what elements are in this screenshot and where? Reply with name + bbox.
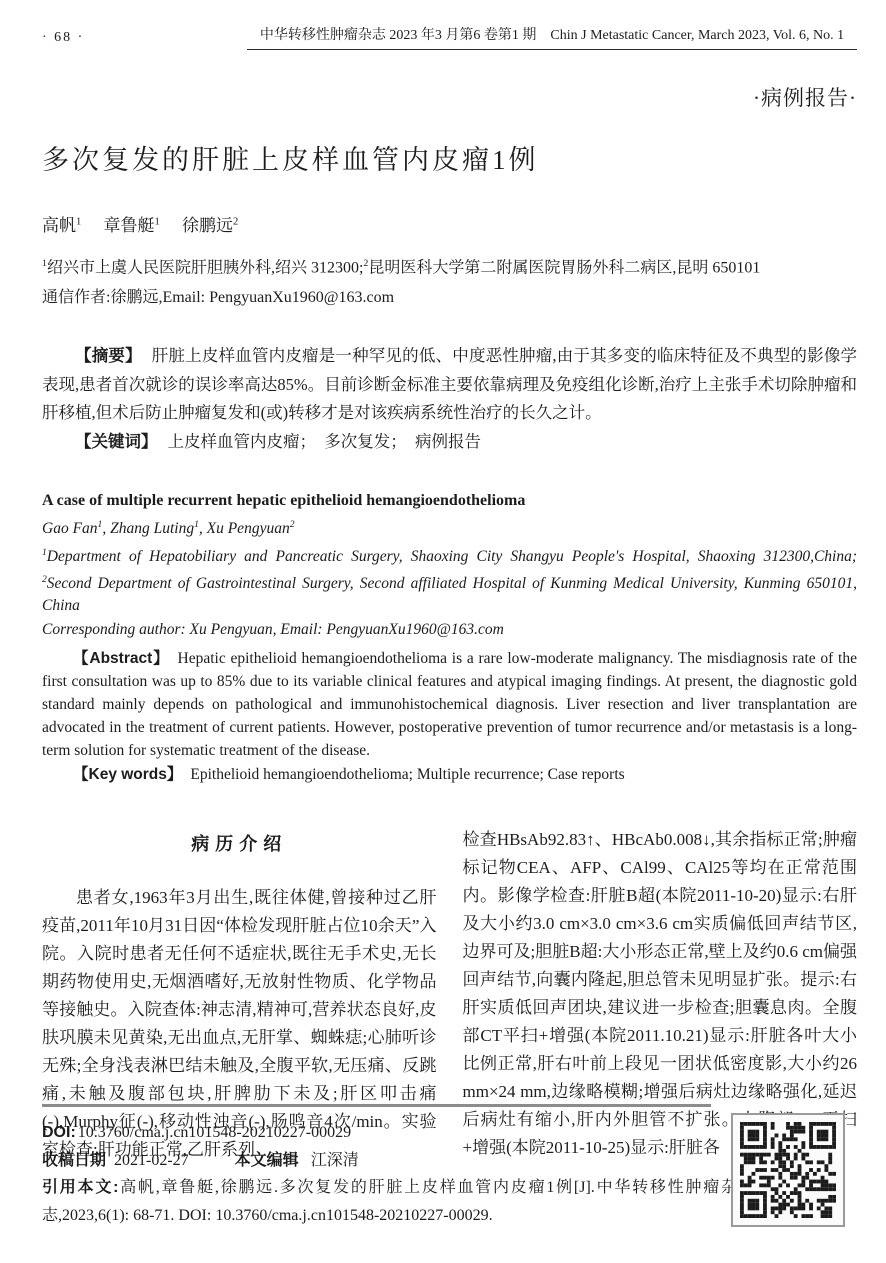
qr-code-image (740, 1122, 836, 1218)
article-title-cn: 多次复发的肝脏上皮样血管内皮瘤1例 (42, 138, 857, 177)
abstract-cn: 【摘要】肝脏上皮样血管内皮瘤是一种罕见的低、中度恶性肿瘤,由于其多变的临床特征及… (42, 342, 857, 428)
abstract-label-cn: 【摘要】 (75, 347, 142, 365)
author-affiliation-marker: 1 (76, 216, 81, 227)
journal-page: · 68 · 中华转移性肿瘤杂志 2023 年3 月第6 卷第1 期 Chin … (0, 0, 886, 1263)
keywords-en: 【Key words】Epithelioid hemangioendotheli… (42, 764, 857, 786)
footer-text: DOI:10.3760/cma.j.cn101548-20210227-0002… (42, 1119, 737, 1229)
abstract-en: 【Abstract】Hepatic epithelioid hemangioen… (42, 647, 857, 762)
author-name-text: 章鲁艇 (104, 216, 155, 235)
affiliation-text: Second Department of Gastrointestinal Su… (42, 575, 857, 614)
author-name-text: , Zhang Luting (102, 520, 194, 537)
keywords-label-en: 【Key words】 (73, 766, 182, 783)
author-name: 高帆1 (42, 216, 81, 235)
affiliation-text: 绍兴市上虞人民医院肝胆胰外科,绍兴 312300; (47, 259, 363, 276)
page-header: · 68 · 中华转移性肿瘤杂志 2023 年3 月第6 卷第1 期 Chin … (42, 24, 857, 50)
author-list-en: Gao Fan1, Zhang Luting1, Xu Pengyuan2 (42, 514, 857, 540)
citation-line: 引用本文:高帆,章鲁艇,徐鹏远.多次复发的肝脏上皮样血管内皮瘤1例[J].中华转… (42, 1174, 737, 1229)
keywords-text-en: Epithelioid hemangioendothelioma; Multip… (190, 766, 624, 783)
affiliation-en: 1Department of Hepatobiliary and Pancrea… (42, 542, 857, 616)
editor-label: 本文编辑 (235, 1152, 299, 1169)
article-category-tag: ·病例报告· (42, 82, 857, 112)
qr-code (731, 1113, 845, 1227)
corresponding-author-cn: 通信作者:徐鹏远,Email: PengyuanXu1960@163.com (42, 284, 857, 312)
page-number: · 68 · (42, 30, 247, 50)
doi-line: DOI:10.3760/cma.j.cn101548-20210227-0002… (42, 1119, 737, 1147)
abstract-text-cn: 肝脏上皮样血管内皮瘤是一种罕见的低、中度恶性肿瘤,由于其多变的临床特征及不典型的… (42, 346, 857, 422)
received-date: 2021-02-27 (114, 1152, 189, 1169)
affiliation-text: Department of Hepatobiliary and Pancreat… (47, 549, 857, 566)
corresponding-author-en: Corresponding author: Xu Pengyuan, Email… (42, 619, 857, 641)
author-name-text: , Xu Pengyuan (199, 520, 290, 537)
footer: DOI:10.3760/cma.j.cn101548-20210227-0002… (42, 1104, 857, 1229)
author-name-text: Gao Fan (42, 520, 98, 537)
received-label: 收稿日期 (42, 1152, 106, 1169)
footnote-divider (42, 1104, 711, 1107)
received-date-line: 收稿日期 2021-02-27本文编辑江深清 (42, 1147, 737, 1175)
editor-name: 江深清 (311, 1152, 359, 1169)
citation-label: 引用本文: (42, 1179, 118, 1196)
author-name-text: 徐鹏远 (182, 216, 233, 235)
english-section: A case of multiple recurrent hepatic epi… (42, 490, 857, 785)
keywords-text-cn: 上皮样血管内皮瘤； 多次复发； 病例报告 (168, 432, 482, 451)
author-affiliation-marker: 2 (290, 519, 295, 530)
section-heading-case-intro: 病历介绍 (42, 830, 437, 858)
abstract-label-en: 【Abstract】 (73, 650, 170, 667)
author-affiliation-marker: 2 (233, 216, 238, 227)
author-name: 章鲁艇1 (104, 216, 160, 235)
doi-label: DOI: (42, 1124, 76, 1141)
author-affiliation-marker: 1 (155, 216, 160, 227)
keywords-label-cn: 【关键词】 (75, 433, 158, 451)
article-title-en: A case of multiple recurrent hepatic epi… (42, 490, 857, 512)
citation-text: 高帆,章鲁艇,徐鹏远.多次复发的肝脏上皮样血管内皮瘤1例[J].中华转移性肿瘤杂… (42, 1179, 737, 1224)
keywords-cn: 【关键词】上皮样血管内皮瘤； 多次复发； 病例报告 (42, 428, 857, 457)
affiliation-cn: 1绍兴市上虞人民医院肝胆胰外科,绍兴 312300;2昆明医科大学第二附属医院胃… (42, 250, 857, 282)
journal-title-line: 中华转移性肿瘤杂志 2023 年3 月第6 卷第1 期 Chin J Metas… (247, 24, 857, 50)
doi-value: 10.3760/cma.j.cn101548-20210227-00029 (78, 1124, 351, 1141)
author-list-cn: 高帆1 章鲁艇1 徐鹏远2 (42, 211, 857, 236)
affiliation-text: 昆明医科大学第二附属医院胃肠外科二病区,昆明 650101 (368, 259, 760, 276)
author-name: 徐鹏远2 (182, 216, 238, 235)
author-name-text: 高帆 (42, 216, 76, 235)
